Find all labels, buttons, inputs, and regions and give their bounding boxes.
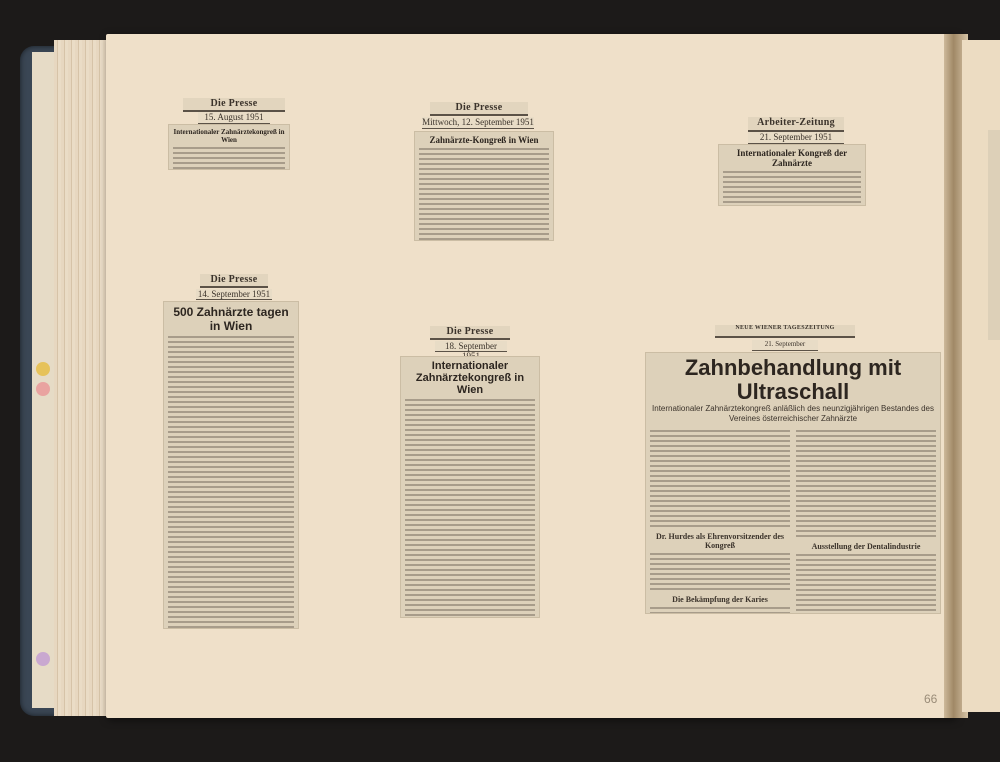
headline: Internationaler Zahnärztekongreß in Wien xyxy=(405,360,535,396)
newspaper-masthead: Arbeiter-Zeitung xyxy=(748,117,844,132)
article-body: Zahnbehandlung mit Ultraschall Internati… xyxy=(645,352,941,614)
article-text xyxy=(796,554,936,614)
subheadline: Internationaler Zahnärztekongreß anläßli… xyxy=(650,404,936,424)
article-text xyxy=(650,430,790,530)
right-page-clipping xyxy=(988,130,1000,340)
article-text xyxy=(419,148,549,241)
article-column-left: Dr. Hurdes als Ehrenvorsitzender des Kon… xyxy=(650,427,790,614)
page-stack xyxy=(54,40,114,716)
clipping-date: 18. September 1951 xyxy=(435,341,507,352)
article-text xyxy=(723,171,861,206)
article-column-right: Ausstellung der Dentalindustrie xyxy=(796,427,936,614)
article-body: Internationaler Zahnärztekongreß in Wien xyxy=(168,124,290,170)
article-text xyxy=(650,607,790,614)
section-title: Ausstellung der Dentalindustrie xyxy=(796,542,936,551)
article-text xyxy=(796,430,936,540)
clipping-date: 15. August 1951 xyxy=(198,112,270,124)
clipping-date: Mittwoch, 12. September 1951 xyxy=(422,117,534,129)
floral-endpaper xyxy=(32,52,56,708)
flower-decoration xyxy=(36,382,50,396)
newspaper-masthead: NEUE WIENER TAGESZEITUNG xyxy=(715,325,855,338)
page-number: 66 xyxy=(924,692,937,706)
newspaper-masthead: Die Presse xyxy=(200,274,268,288)
section-title: Dr. Hurdes als Ehrenvorsitzender des Kon… xyxy=(650,532,790,550)
headline: 500 Zahnärzte tagen in Wien xyxy=(168,305,294,333)
section-title: Die Bekämpfung der Karies xyxy=(650,595,790,604)
flower-decoration xyxy=(36,652,50,666)
newspaper-masthead: Die Presse xyxy=(430,326,510,340)
clipping-date: 21. September 1951 xyxy=(748,132,844,144)
article-text xyxy=(173,147,285,170)
article-body: Internationaler Zahnärztekongreß in Wien xyxy=(400,356,540,618)
article-body: Internationaler Kongreß der Zahnärzte xyxy=(718,144,866,206)
article-body: 500 Zahnärzte tagen in Wien xyxy=(163,301,299,629)
article-text xyxy=(168,336,294,629)
article-body: Zahnärzte-Kongreß in Wien xyxy=(414,131,554,241)
headline: Zahnbehandlung mit Ultraschall xyxy=(650,356,936,404)
headline: Zahnärzte-Kongreß in Wien xyxy=(419,135,549,145)
flower-decoration xyxy=(36,362,50,376)
newspaper-masthead: Die Presse xyxy=(183,98,285,112)
article-columns: Dr. Hurdes als Ehrenvorsitzender des Kon… xyxy=(650,427,936,614)
clipping-date: 14. September 1951 xyxy=(196,289,272,300)
headline: Internationaler Zahnärztekongreß in Wien xyxy=(173,128,285,144)
article-text xyxy=(405,399,535,618)
clipping-date: 21. September xyxy=(752,340,818,351)
newspaper-masthead: Die Presse xyxy=(430,102,528,116)
headline: Internationaler Kongreß der Zahnärzte xyxy=(723,148,861,168)
article-text xyxy=(650,553,790,593)
